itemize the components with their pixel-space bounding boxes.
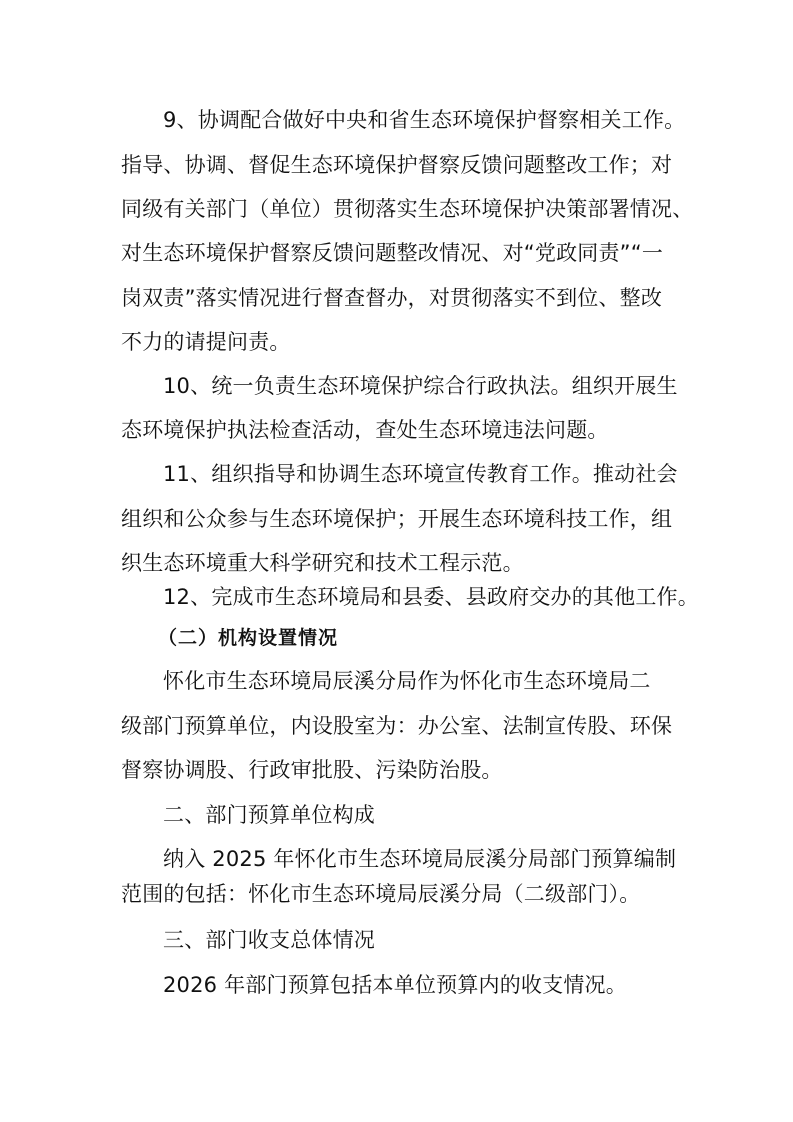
paragraph-item-9-line-5: 岗双责”落实情况进行督查督办，对贯彻落实不到位、整改 [121,284,681,312]
paragraph-item-10-line-2: 态环境保护执法检查活动，查处生态环境违法问题。 [121,416,681,444]
section-heading-revenue-expenditure: 三、部门收支总体情况 [163,926,723,954]
paragraph-revenue-expenditure: 2026 年部门预算包括本单位预算内的收支情况。 [163,971,723,999]
paragraph-org-line-1: 怀化市生态环境局辰溪分局作为怀化市生态环境局二 [163,667,723,695]
paragraph-item-9-line-6: 不力的请提问责。 [121,328,681,356]
paragraph-org-line-2: 级部门预算单位，内设股室为：办公室、法制宣传股、环保 [121,712,681,740]
paragraph-item-11-line-3: 织生态环境重大科学研究和技术工程示范。 [121,549,681,577]
paragraph-item-9-line-4: 对生态环境保护督察反馈问题整改情况、对“党政同责”“一 [121,239,681,267]
paragraph-item-9-line-2: 指导、协调、督促生态环境保护督察反馈问题整改工作；对 [121,151,681,179]
paragraph-item-11-line-2: 组织和公众参与生态环境保护；开展生态环境科技工作，组 [121,505,681,533]
paragraph-item-9-line-3: 同级有关部门（单位）贯彻落实生态环境保护决策部署情况、 [121,195,681,223]
section-heading-budget-units: 二、部门预算单位构成 [163,801,723,829]
paragraph-item-10-line-1: 10、统一负责生态环境保护综合行政执法。组织开展生 [163,372,723,400]
paragraph-item-12: 12、完成市生态环境局和县委、县政府交办的其他工作。 [163,583,723,611]
paragraph-org-line-3: 督察协调股、行政审批股、污染防治股。 [121,756,681,784]
document-page: 9、协调配合做好中央和省生态环境保护督察相关工作。 指导、协调、督促生态环境保护… [0,0,793,1122]
paragraph-budget-units-line-1: 纳入 2025 年怀化市生态环境局辰溪分局部门预算编制 [163,845,723,873]
paragraph-item-11-line-1: 11、组织指导和协调生态环境宣传教育工作。推动社会 [163,460,723,488]
section-heading-org-setup: （二）机构设置情况 [158,624,718,652]
paragraph-budget-units-line-2: 范围的包括：怀化市生态环境局辰溪分局（二级部门）。 [121,880,681,908]
paragraph-item-9-line-1: 9、协调配合做好中央和省生态环境保护督察相关工作。 [163,106,723,134]
